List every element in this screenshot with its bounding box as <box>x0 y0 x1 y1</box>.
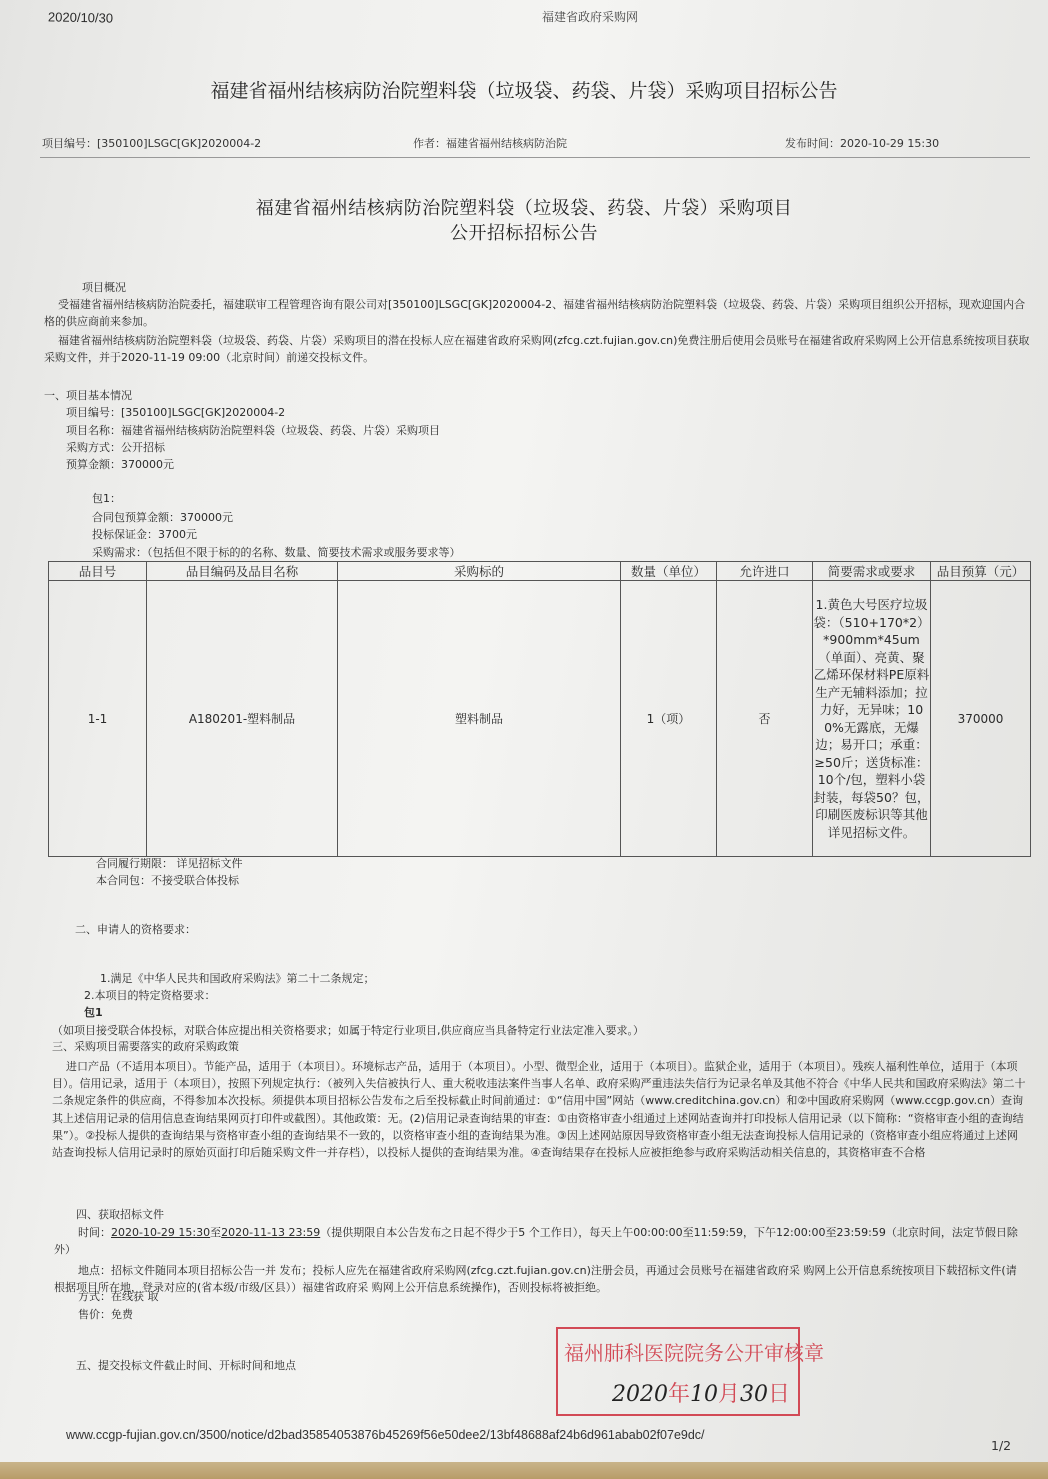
overview-paragraph-2: 福建省福州结核病防治院塑料袋（垃圾袋、药袋、片袋）采购项目的潜在投标人应在福建省… <box>44 332 1034 366</box>
overview-paragraph-1: 受福建省福州结核病防治院委托，福建联审工程管理咨询有限公司对[350100]LS… <box>44 296 1034 330</box>
meta-publish-label: 发布时间： <box>785 137 840 150</box>
field-label: 项目名称： <box>66 424 121 437</box>
stamp-day-char: 日 <box>768 1382 790 1407</box>
section4-price: 售价：免费 <box>78 1306 133 1323</box>
section1-heading: 一、项目基本情况 <box>44 387 132 403</box>
field-procurement-method: 采购方式：公开招标 <box>66 439 165 456</box>
package-budget: 合同包预算金额：370000元 <box>92 509 233 526</box>
cell-budget: 370000 <box>931 581 1031 857</box>
field-value: 公开招标 <box>121 441 165 454</box>
print-date: 2020/10/30 <box>48 9 113 25</box>
field-project-name: 项目名称：福建省福州结核病防治院塑料袋（垃圾袋、药袋、片袋）采购项目 <box>66 422 440 439</box>
meta-author: 作者：福建省福州结核病防治院 <box>413 135 567 151</box>
subtitle-line1: 福建省福州结核病防治院塑料袋（垃圾袋、药袋、片袋）采购项目 <box>0 194 1048 220</box>
col-requirement: 简要需求或要求 <box>813 562 931 581</box>
field-label: 项目编号： <box>66 406 121 419</box>
meta-project-no: 项目编号：[350100]LSGC[GK]2020004-2 <box>42 135 261 151</box>
overview-heading: 项目概况 <box>82 279 126 295</box>
site-name: 福建省政府采购网 <box>542 8 638 25</box>
field-value: 370000元 <box>121 458 174 471</box>
stamp-text: 福州肺科医院院务公开审核章 <box>564 1337 824 1366</box>
meta-author-label: 作者： <box>413 137 446 150</box>
stamp-year-char: 年 <box>668 1382 690 1407</box>
time-label: 时间： <box>78 1226 111 1239</box>
qualification-item-1: 1.满足《中华人民共和国政府采购法》第二十二条规定； <box>100 970 375 987</box>
col-quantity: 数量（单位） <box>621 562 717 581</box>
stamp-day: 30 <box>740 1382 768 1407</box>
meta-publish-time: 发布时间：2020-10-29 15:30 <box>785 135 939 151</box>
desk-surface <box>0 1462 1048 1479</box>
page-number: 1/2 <box>991 1438 1011 1453</box>
col-budget: 品目预算（元） <box>931 562 1031 581</box>
review-stamp: 福州肺科医院院务公开审核章 2020年10月30日 <box>556 1327 800 1416</box>
section3-heading: 三、采购项目需要落实的政府采购政策 <box>52 1038 239 1055</box>
cell-requirement: 1.黄色大号医疗垃圾袋：（510+170*2）*900mm*45um（单面）、亮… <box>813 581 931 857</box>
col-item-no: 品目号 <box>49 562 147 581</box>
qualification-package: 包1 <box>84 1004 103 1021</box>
time-end: 2020-11-13 23:59 <box>221 1226 320 1239</box>
table-row: 1-1 A180201-塑料制品 塑料制品 1（项） 否 1.黄色大号医疗垃圾袋… <box>49 581 1031 857</box>
stamp-date: 2020年10月30日 <box>612 1377 790 1408</box>
cell-item-no: 1-1 <box>49 581 147 857</box>
table-header-row: 品目号 品目编码及品目名称 采购标的 数量（单位） 允许进口 简要需求或要求 品… <box>49 562 1031 581</box>
col-code-name: 品目编码及品目名称 <box>147 562 338 581</box>
section3-body: 进口产品（不适用本项目）。节能产品，适用于（本项目）。环境标志产品，适用于（本项… <box>52 1058 1027 1161</box>
section4-heading: 四、获取招标文件 <box>76 1206 164 1223</box>
meta-project-no-label: 项目编号： <box>42 137 97 150</box>
section5-heading: 五、提交投标文件截止时间、开标时间和地点 <box>76 1357 296 1374</box>
cell-import-allowed: 否 <box>717 581 813 857</box>
footer-url[interactable]: www.ccgp-fujian.gov.cn/3500/notice/d2bad… <box>66 1428 705 1442</box>
field-value: [350100]LSGC[GK]2020004-2 <box>121 406 285 419</box>
section4-method: 方式：在线获 取 <box>78 1288 159 1305</box>
section4-place: 地点：招标文件随同本项目招标公告一并 发布；投标人应先在福建省政府采购网(zfc… <box>54 1262 1026 1296</box>
consortium-policy: 本合同包：不接受联合体投标 <box>96 872 239 889</box>
cell-code-name: A180201-塑料制品 <box>147 581 338 857</box>
field-project-no: 项目编号：[350100]LSGC[GK]2020004-2 <box>66 404 285 421</box>
items-table: 品目号 品目编码及品目名称 采购标的 数量（单位） 允许进口 简要需求或要求 品… <box>48 561 1031 857</box>
header-divider <box>40 157 1030 158</box>
package-name: 包1： <box>92 490 121 507</box>
time-start: 2020-10-29 15:30 <box>111 1226 210 1239</box>
qualification-note: （如项目接受联合体投标，对联合体应提出相关资格要求；如属于特定行业项目,供应商应… <box>52 1022 644 1039</box>
package-deposit: 投标保证金：3700元 <box>92 526 197 543</box>
meta-project-no-value: [350100]LSGC[GK]2020004-2 <box>97 137 261 150</box>
cell-subject: 塑料制品 <box>338 581 621 857</box>
stamp-month-char: 月 <box>718 1382 740 1407</box>
cell-quantity: 1（项） <box>621 581 717 857</box>
qualification-item-2: 2.本项目的特定资格要求： <box>84 987 216 1004</box>
field-label: 采购方式： <box>66 441 121 454</box>
package-requirements-intro: 采购需求：（包括但不限于标的的名称、数量、简要技术需求或服务要求等） <box>92 544 461 561</box>
notice-title: 福建省福州结核病防治院塑料袋（垃圾袋、药袋、片袋）采购项目招标公告 <box>0 76 1048 103</box>
field-value: 福建省福州结核病防治院塑料袋（垃圾袋、药袋、片袋）采购项目 <box>121 424 440 437</box>
field-label: 预算金额： <box>66 458 121 471</box>
subtitle-line2: 公开招标招标公告 <box>0 219 1048 245</box>
col-subject: 采购标的 <box>338 562 621 581</box>
time-to: 至 <box>210 1226 221 1239</box>
section2-heading: 二、申请人的资格要求： <box>75 921 196 938</box>
stamp-month: 10 <box>690 1382 718 1407</box>
meta-author-value: 福建省福州结核病防治院 <box>446 137 567 150</box>
field-budget: 预算金额：370000元 <box>66 456 174 473</box>
contract-term: 合同履行期限： 详见招标文件 <box>96 855 243 872</box>
section4-time: 时间：2020-10-29 15:30至2020-11-13 23:59（提供期… <box>54 1224 1026 1258</box>
col-import-allowed: 允许进口 <box>717 562 813 581</box>
stamp-year: 2020 <box>612 1382 668 1407</box>
meta-publish-value: 2020-10-29 15:30 <box>840 137 939 150</box>
